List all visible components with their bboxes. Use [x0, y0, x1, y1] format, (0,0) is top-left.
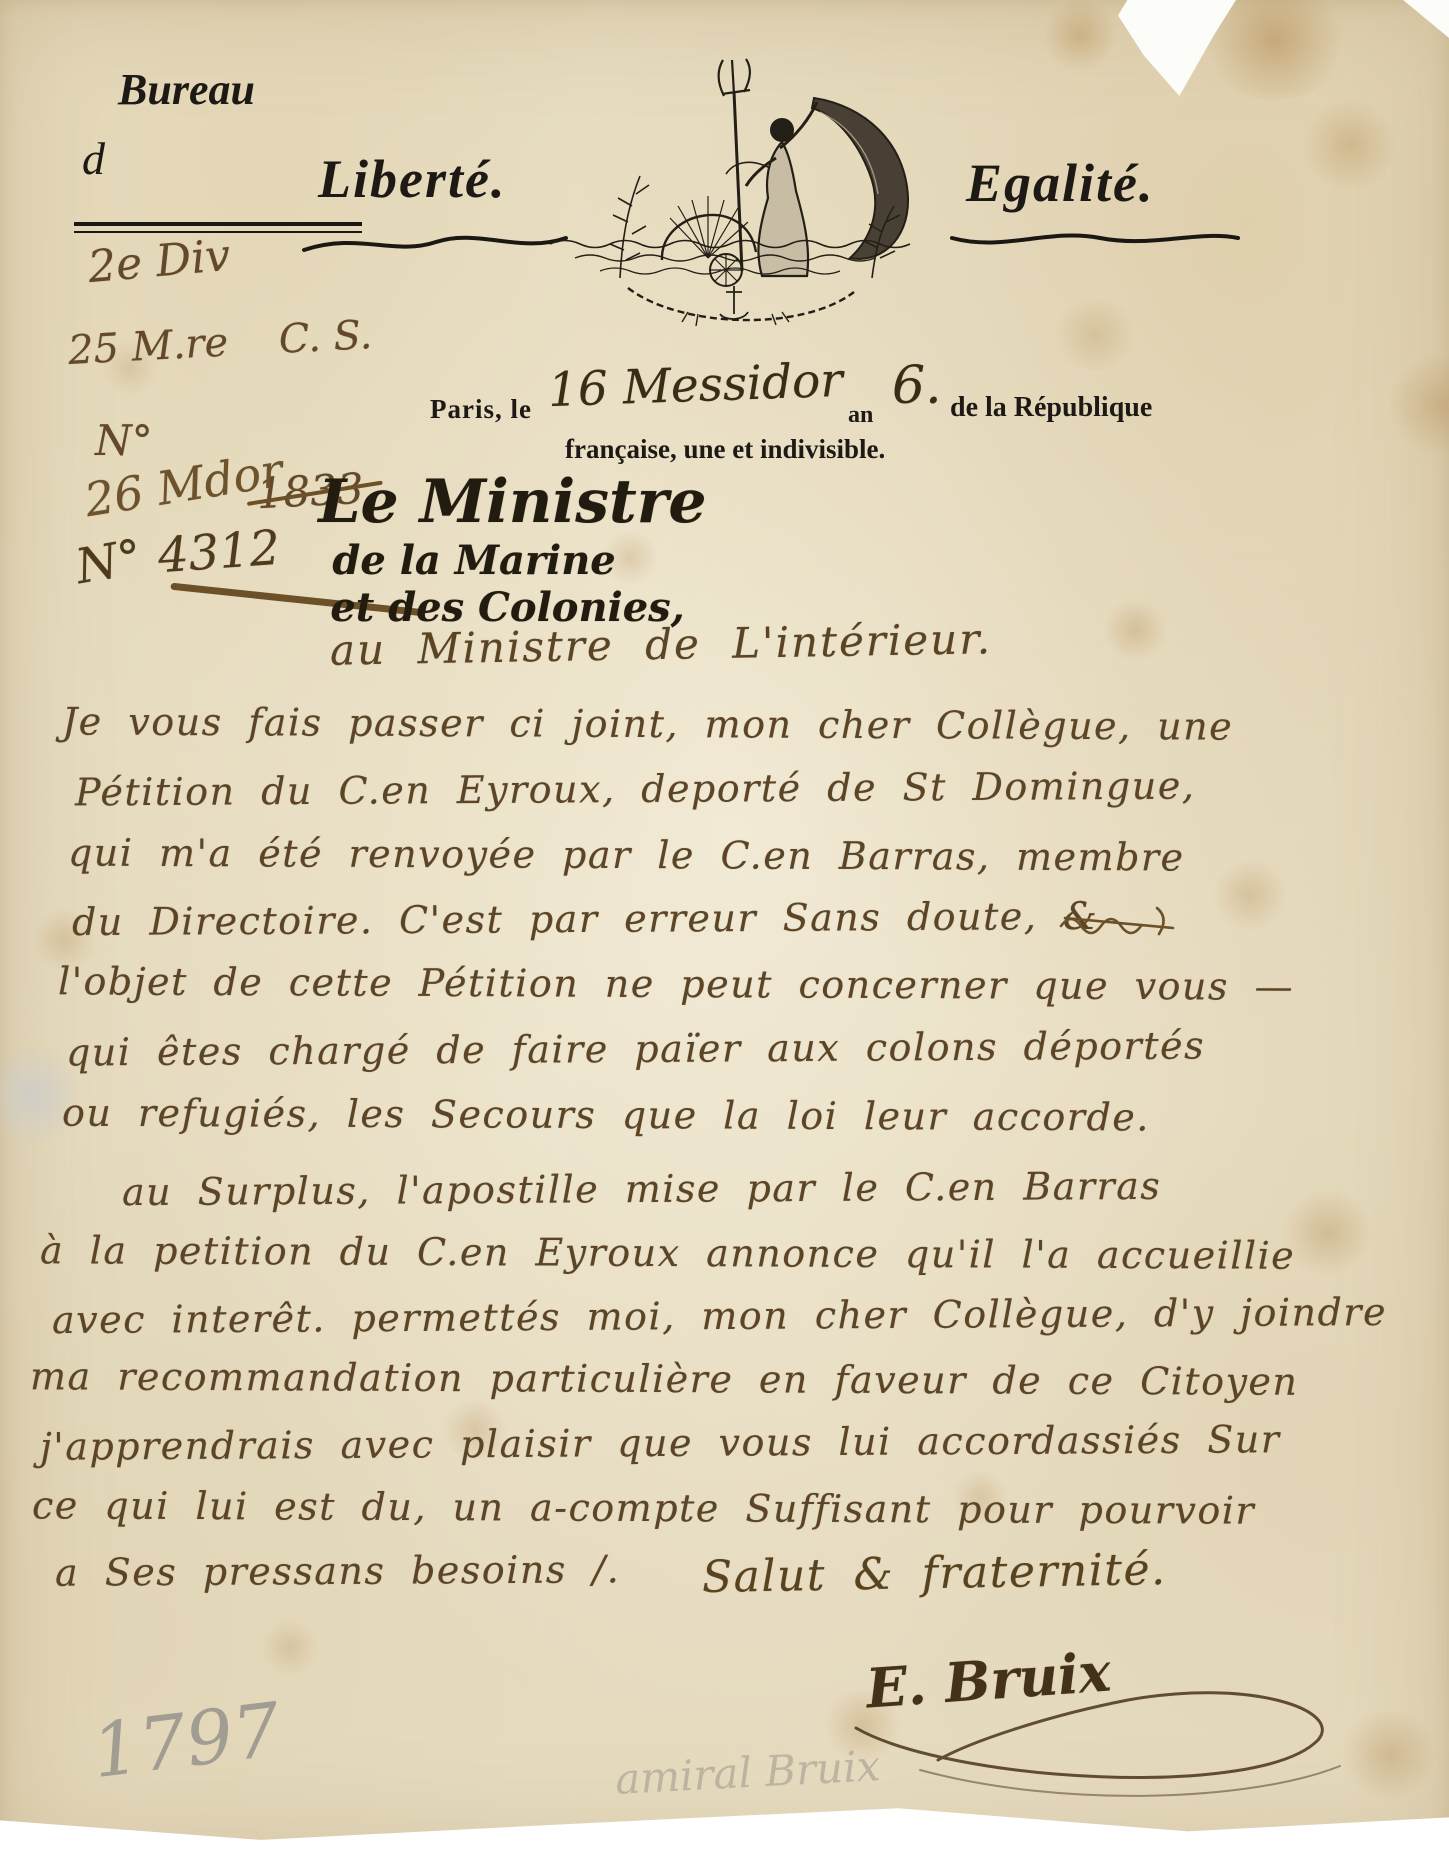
liberte-label: Liberté. — [318, 148, 506, 210]
egalite-flourish — [948, 222, 1244, 258]
body-line: qui êtes chargé de faire païer aux colon… — [66, 1027, 1205, 1072]
stain — [1390, 350, 1449, 460]
body-line: l'objet de cette Pétition ne peut concer… — [58, 962, 1294, 1005]
date-year-handwritten: 6. — [892, 356, 942, 416]
stain — [1210, 860, 1290, 930]
bureau-rule-top — [74, 222, 362, 226]
date-day-handwritten: 16 Messidor — [547, 353, 844, 418]
corner-nick — [1398, 0, 1449, 38]
heading-minister-to: au Ministre de L'intérieur. — [330, 614, 993, 675]
margin-number-new: 4312 — [156, 520, 282, 584]
body-line: Je vous fais passer ci joint, mon cher C… — [62, 702, 1233, 745]
body-line: avec interêt. permettés moi, mon cher Co… — [52, 1293, 1387, 1339]
body-line: ou refugiés, les Secours que la loi leur… — [62, 1094, 1150, 1137]
body-line: du Directoire. C'est par erreur Sans dou… — [72, 897, 1099, 941]
pencil-year: 1797 — [87, 1687, 284, 1795]
bureau-line-d: d — [82, 132, 105, 185]
margin-division-note: 2e Div — [86, 230, 232, 293]
stain — [1300, 100, 1400, 190]
body-line: à la petition du C.en Eyroux annonce qu'… — [40, 1231, 1295, 1274]
stain — [1050, 300, 1140, 370]
egalite-label: Egalité. — [966, 152, 1155, 214]
salutation: Salut & fraternité. — [702, 1544, 1167, 1603]
stain — [1100, 600, 1170, 660]
scanned-letter-page: Bureau d Liberté. Egalité. — [0, 0, 1449, 1857]
stain — [260, 1620, 320, 1675]
paris-le-label: Paris, le — [430, 394, 532, 425]
margin-no-new-label: N° — [72, 529, 147, 596]
republique-label: de la République — [950, 392, 1152, 424]
body-line: qui m'a été renvoyée par le C.en Barras,… — [68, 834, 1185, 877]
marine-liberty-engraving-icon — [520, 46, 960, 346]
body-line: ma recommandation particulière en faveur… — [30, 1357, 1299, 1401]
margin-registry-note: 25 M.re C. S. — [67, 312, 373, 374]
body-line: a Ses pressans besoins /. — [55, 1550, 621, 1591]
heading-le-ministre: Le Ministre — [318, 467, 706, 537]
body-line: Pétition du C.en Eyroux, deporté de St D… — [75, 767, 1196, 812]
body-line: au Surplus, l'apostille mise par le C.en… — [122, 1167, 1162, 1211]
torn-corner — [1118, 0, 1236, 96]
an-label: an — [848, 402, 873, 429]
stain — [1040, 0, 1120, 70]
body-line: ce qui lui est du, un a-compte Suffisant… — [32, 1486, 1255, 1529]
bureau-label: Bureau — [118, 64, 255, 115]
body-line: j'apprendrais avec plaisir que vous lui … — [40, 1420, 1281, 1466]
heading-marine: de la Marine — [332, 537, 615, 584]
crossed-out-scribble — [1055, 898, 1185, 944]
margin-no-old-label: N° — [95, 416, 153, 465]
